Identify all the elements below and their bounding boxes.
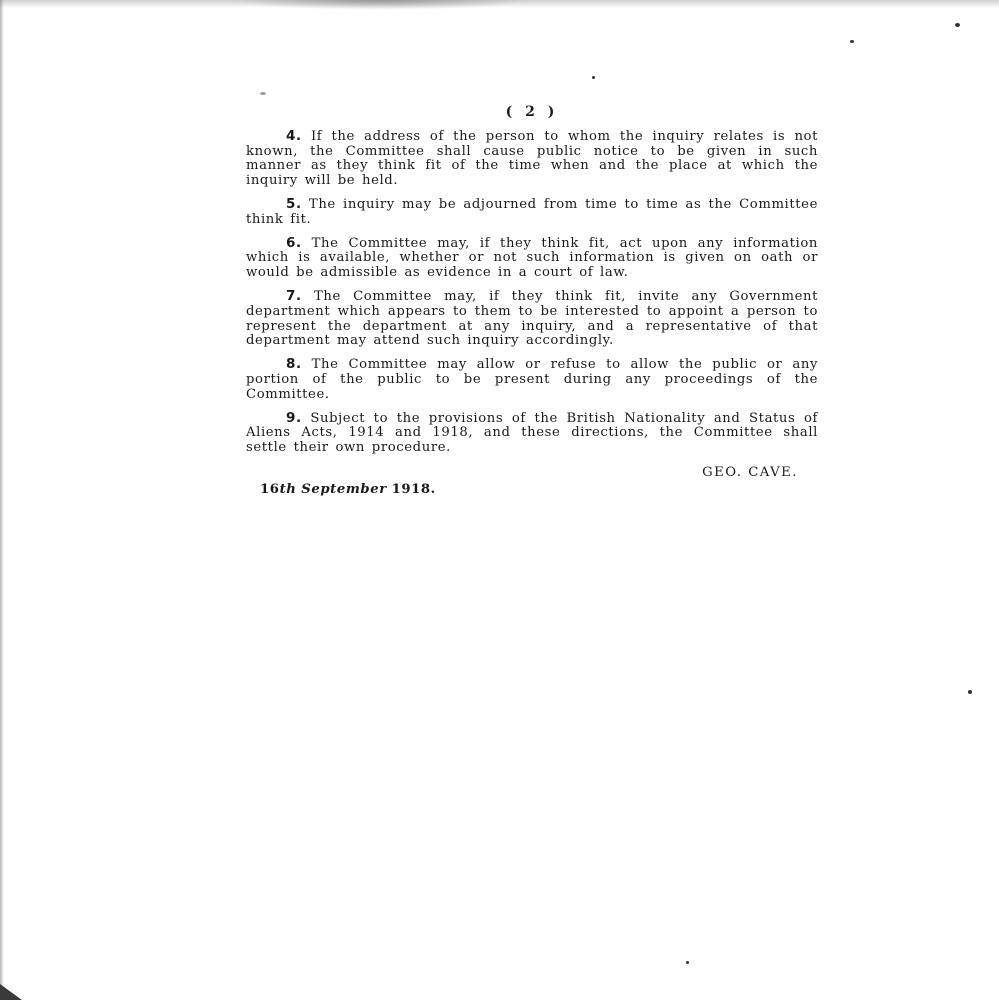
scan-speck <box>686 961 689 964</box>
page-number: ( 2 ) <box>246 105 818 120</box>
paragraph-text: The inquiry may be adjourned from time t… <box>246 197 818 227</box>
scan-speck <box>955 23 960 27</box>
paragraph-number: 7. <box>286 288 302 304</box>
scan-shadow-top <box>230 0 530 10</box>
paragraph-4: 4. If the address of the person to whom … <box>246 129 818 189</box>
paragraph-5: 5. The inquiry may be adjourned from tim… <box>246 197 818 228</box>
paragraph-8: 8. The Committee may allow or refuse to … <box>246 357 818 402</box>
date-ordinal: th <box>280 482 297 497</box>
paragraph-7: 7. The Committee may, if they think fit,… <box>246 289 818 349</box>
scan-speck <box>592 76 595 79</box>
paragraph-text: The Committee may, if they think fit, in… <box>246 289 818 348</box>
document-page: ( 2 ) 4. If the address of the person to… <box>246 105 818 498</box>
scan-corner-fold <box>0 984 22 1000</box>
scan-speck <box>850 40 854 43</box>
scan-speck <box>260 92 266 95</box>
paragraph-9: 9. Subject to the provisions of the Brit… <box>246 411 818 456</box>
paragraph-number: 4. <box>286 128 302 144</box>
paragraph-text: The Committee may, if they think fit, ac… <box>246 236 818 281</box>
paragraph-number: 6. <box>286 235 302 251</box>
paragraph-number: 9. <box>286 410 302 426</box>
date-year: 1918. <box>392 482 436 497</box>
paragraph-number: 5. <box>286 196 302 212</box>
date-day: 16 <box>260 482 280 497</box>
date-month: September <box>301 482 387 497</box>
scan-speck <box>968 690 972 694</box>
scan-edge-left <box>0 0 4 1000</box>
paragraph-text: Subject to the provisions of the British… <box>246 411 818 456</box>
signature: GEO. CAVE. <box>246 466 818 481</box>
paragraph-text: If the address of the person to whom the… <box>246 129 818 188</box>
paragraph-text: The Committee may allow or refuse to all… <box>246 357 818 402</box>
document-date: 16th September 1918. <box>246 483 818 498</box>
paragraph-number: 8. <box>286 356 302 372</box>
paragraph-6: 6. The Committee may, if they think fit,… <box>246 236 818 281</box>
